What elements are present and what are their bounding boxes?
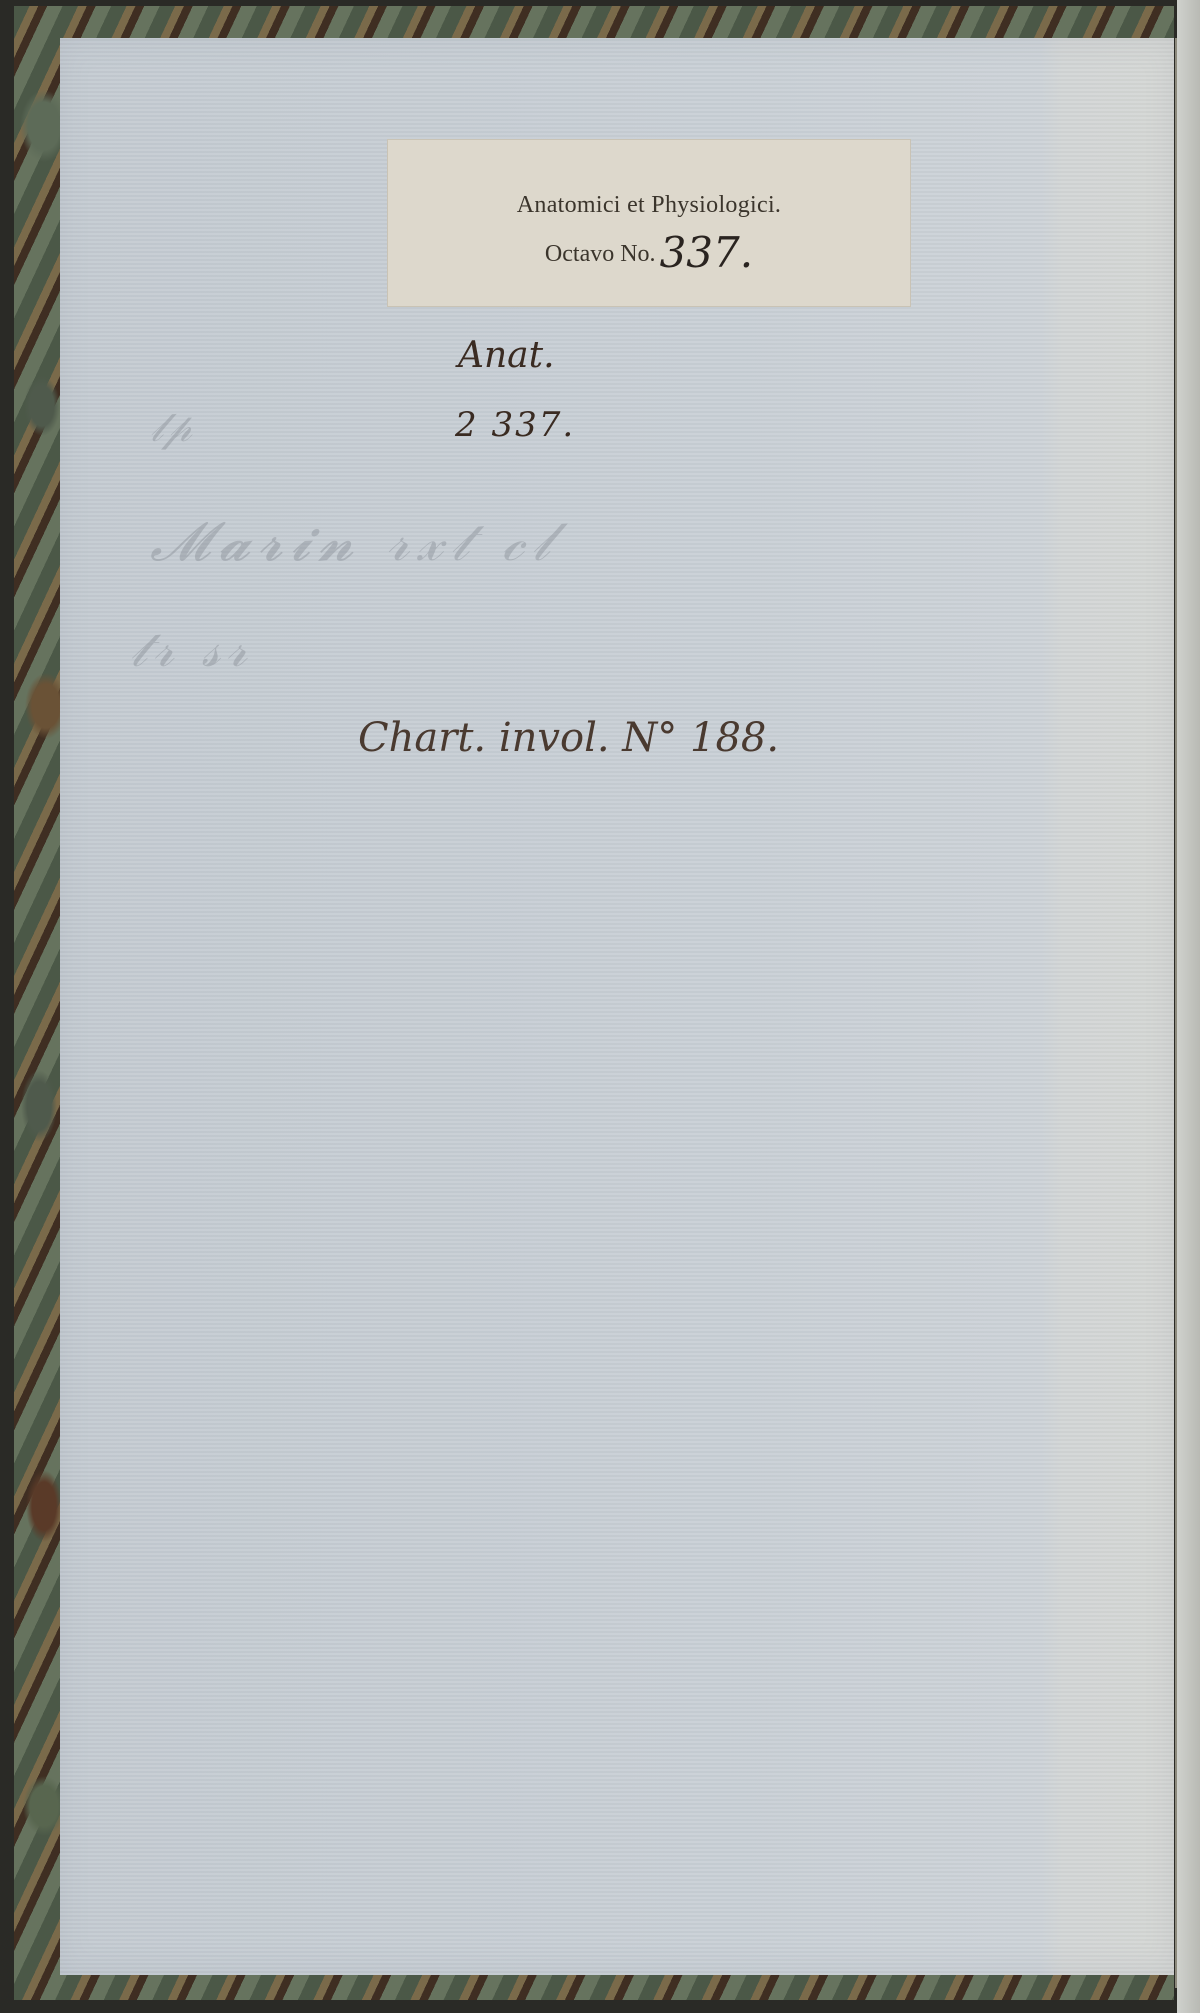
label-handwritten-number: 337. [660,228,754,277]
faint-pencil-inscription-2: 𝓉𝓇 𝓈𝓇 [130,620,253,679]
faint-pencil-inscription: 𝓜𝓪𝓻𝓲𝓷 𝓇𝓍𝓉 𝒸𝓁 [150,510,558,574]
label-octavo-prefix: Octavo No. [545,241,656,267]
faint-pencil-mark: 𝓁𝓅 [150,405,192,451]
label-octavo-line: Octavo No.337. [388,228,910,277]
library-label: Anatomici et Physiologici. Octavo No.337… [388,140,910,306]
handwritten-subject: Anat. [458,335,555,376]
facing-page-edge [1177,0,1200,2013]
label-collection-title: Anatomici et Physiologici. [388,192,910,219]
endpaper [60,38,1174,1975]
handwritten-shelfmark: 2 337. [455,405,575,445]
handwritten-collection-note: Chart. invol. N° 188. [358,715,779,761]
